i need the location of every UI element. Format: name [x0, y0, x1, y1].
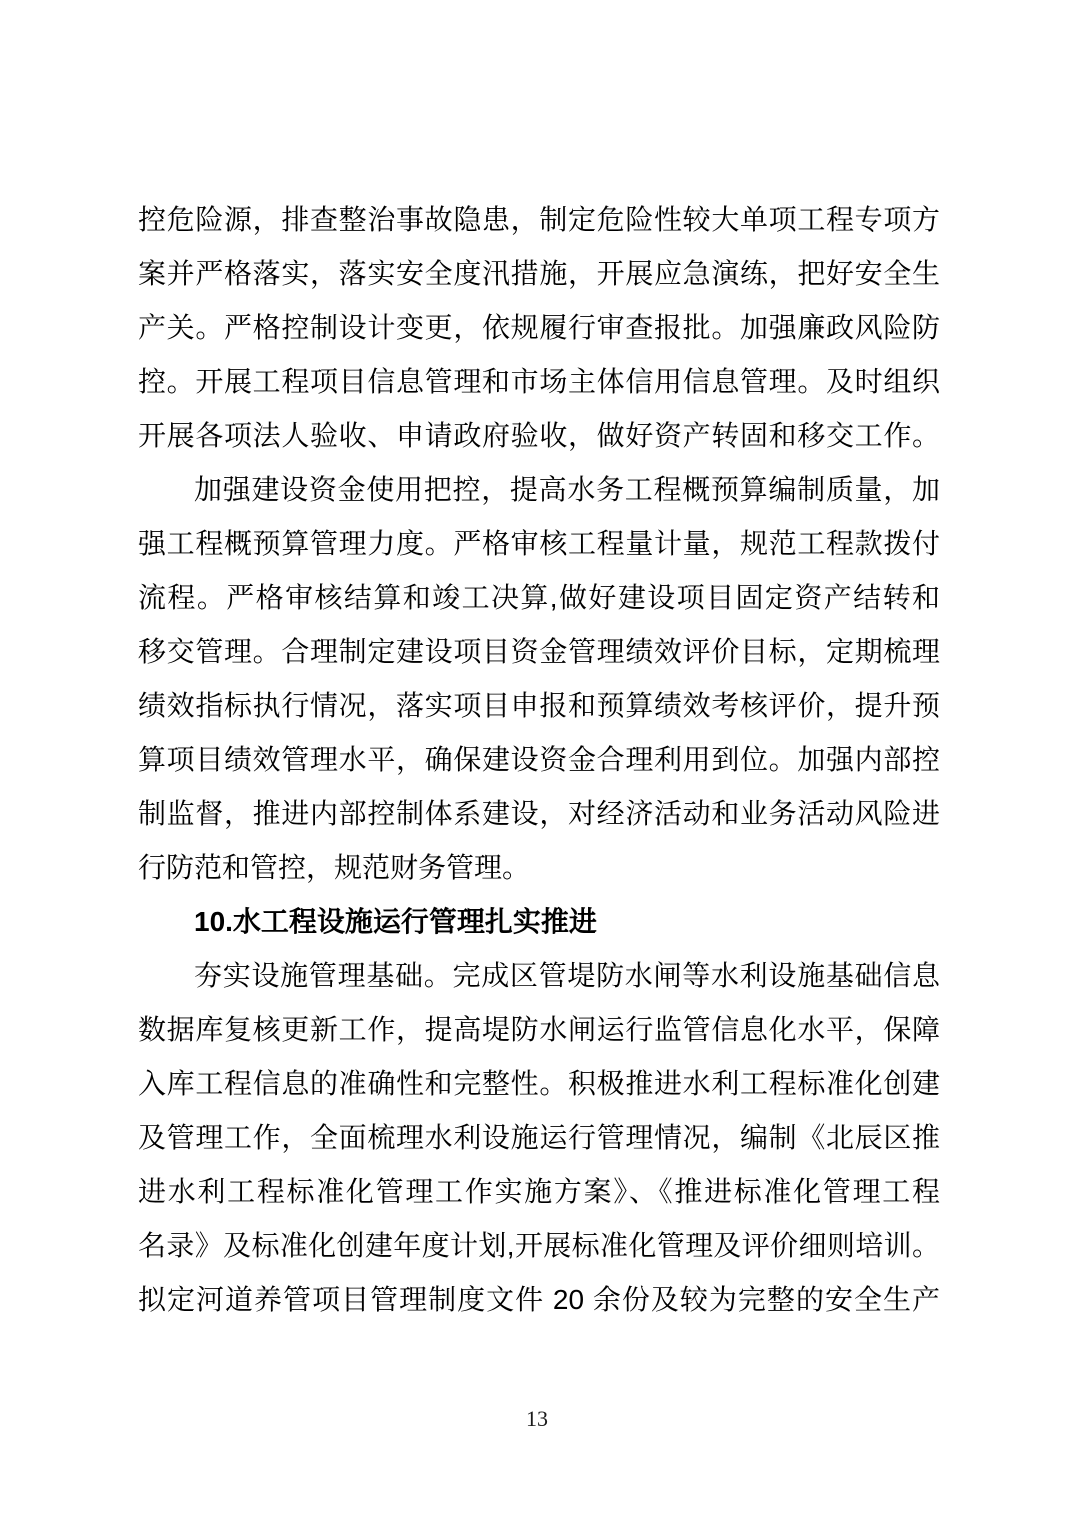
paragraph-line: 名录》及标准化创建年度计划,开展标准化管理及评价细则培训。 — [138, 1219, 940, 1273]
paragraph-line: 案并严格落实，落实安全度汛措施，开展应急演练，把好安全生 — [138, 247, 940, 301]
paragraph-line: 数据库复核更新工作，提高堤防水闸运行监管信息化水平，保障 — [138, 1003, 940, 1057]
paragraph-line: 算项目绩效管理水平，确保建设资金合理利用到位。加强内部控 — [138, 733, 940, 787]
paragraph-line: 开展各项法人验收、申请政府验收，做好资产转固和移交工作。 — [138, 409, 940, 463]
page-number: 13 — [526, 1406, 548, 1431]
paragraph-line: 夯实设施管理基础。完成区管堤防水闸等水利设施基础信息 — [138, 949, 940, 1003]
paragraph-line: 流程。严格审核结算和竣工决算,做好建设项目固定资产结转和 — [138, 571, 940, 625]
paragraph-line: 入库工程信息的准确性和完整性。积极推进水利工程标准化创建 — [138, 1057, 940, 1111]
section-heading: 10.水工程设施运行管理扎实推进 — [138, 895, 940, 949]
document-body: 控危险源，排查整治事故隐患，制定危险性较大单项工程专项方案并严格落实，落实安全度… — [138, 193, 940, 1327]
page-footer: 13 — [0, 1404, 1074, 1434]
paragraph-line: 强工程概预算管理力度。严格审核工程量计量，规范工程款拨付 — [138, 517, 940, 571]
paragraph-line: 控。开展工程项目信息管理和市场主体信用信息管理。及时组织 — [138, 355, 940, 409]
paragraph-line: 及管理工作，全面梳理水利设施运行管理情况，编制《北辰区推 — [138, 1111, 940, 1165]
paragraph-line: 拟定河道养管项目管理制度文件 20 余份及较为完整的安全生产 — [138, 1273, 940, 1327]
paragraph-line: 制监督，推进内部控制体系建设，对经济活动和业务活动风险进 — [138, 787, 940, 841]
paragraph-line: 进水利工程标准化管理工作实施方案》、《推进标准化管理工程 — [138, 1165, 940, 1219]
paragraph-line: 绩效指标执行情况，落实项目申报和预算绩效考核评价，提升预 — [138, 679, 940, 733]
document-page: 控危险源，排查整治事故隐患，制定危险性较大单项工程专项方案并严格落实，落实安全度… — [0, 0, 1074, 1520]
paragraph-line: 行防范和管控，规范财务管理。 — [138, 841, 940, 895]
paragraph-line: 移交管理。合理制定建设项目资金管理绩效评价目标，定期梳理 — [138, 625, 940, 679]
paragraph-line: 产关。严格控制设计变更，依规履行审查报批。加强廉政风险防 — [138, 301, 940, 355]
paragraph-line: 控危险源，排查整治事故隐患，制定危险性较大单项工程专项方 — [138, 193, 940, 247]
paragraph-line: 加强建设资金使用把控，提高水务工程概预算编制质量，加 — [138, 463, 940, 517]
